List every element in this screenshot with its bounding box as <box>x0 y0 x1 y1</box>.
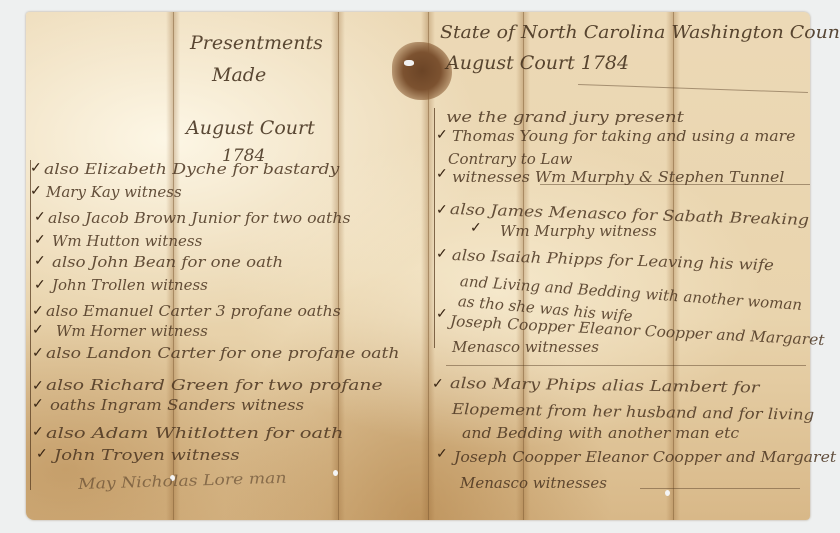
entry-line: we the grand jury present <box>446 108 684 126</box>
paper-hole <box>665 490 670 496</box>
entry-line: Thomas Young for taking and using a mare <box>452 127 796 145</box>
check-mark: ✓ <box>34 209 46 225</box>
entry-line: Joseph Coopper Eleanor Coopper and Marga… <box>454 448 836 466</box>
check-mark: ✓ <box>436 306 448 322</box>
check-mark: ✓ <box>34 253 46 269</box>
ruled-line <box>446 365 806 366</box>
check-mark: ✓ <box>470 220 482 236</box>
check-mark: ✓ <box>32 378 44 394</box>
ink-stain <box>392 42 452 100</box>
entry-line: also Elizabeth Dyche for bastardy <box>44 160 339 178</box>
entry-line: also Landon Carter for one profane oath <box>46 344 400 362</box>
entry-line: and Bedding with another man etc <box>462 424 739 442</box>
check-mark: ✓ <box>436 246 448 262</box>
entry-line: John Troyen witness <box>54 446 240 464</box>
ruled-line <box>540 184 810 185</box>
heading-presentments: Presentments <box>190 32 323 54</box>
entry-line: Mary Kay witness <box>46 183 182 201</box>
check-mark: ✓ <box>32 424 44 440</box>
entry-line: Wm Murphy witness <box>500 222 657 240</box>
check-mark: ✓ <box>32 345 44 361</box>
ruled-line <box>640 488 800 489</box>
check-mark: ✓ <box>32 396 44 412</box>
fold-crease <box>338 12 339 520</box>
entry-line: Menasco witnesses <box>460 474 607 492</box>
heading-august-court: August Court <box>186 117 315 139</box>
check-mark: ✓ <box>432 376 444 392</box>
heading-made: Made <box>212 64 266 86</box>
check-mark: ✓ <box>30 183 42 199</box>
entry-line: oaths Ingram Sanders witness <box>50 396 304 414</box>
check-mark: ✓ <box>436 127 448 143</box>
paper-hole <box>404 60 414 66</box>
check-mark: ✓ <box>436 446 448 462</box>
margin-rule <box>30 160 31 490</box>
check-mark: ✓ <box>34 232 46 248</box>
entry-line: also Richard Green for two profane <box>46 376 383 394</box>
entry-line: John Trollen witness <box>52 276 208 294</box>
margin-rule <box>434 108 435 348</box>
check-mark: ✓ <box>36 446 48 462</box>
entry-line: Wm Horner witness <box>56 322 208 340</box>
entry-line: also Adam Whitlotten for oath <box>46 424 344 442</box>
check-mark: ✓ <box>32 303 44 319</box>
check-mark: ✓ <box>436 202 448 218</box>
heading-state: State of North Carolina Washington Count… <box>440 22 840 43</box>
check-mark: ✓ <box>34 277 46 293</box>
heading-august-court-right: August Court 1784 <box>446 52 629 74</box>
entry-line: Menasco witnesses <box>452 338 599 356</box>
check-mark: ✓ <box>30 160 42 176</box>
entry-line: also Jacob Brown Junior for two oaths <box>48 209 351 227</box>
entry-line: Wm Hutton witness <box>52 232 202 250</box>
entry-line: also Emanuel Carter 3 profane oaths <box>46 302 341 320</box>
entry-line: also John Bean for one oath <box>52 253 283 271</box>
paper-hole <box>333 470 338 476</box>
entry-line: Contrary to Law <box>448 150 572 168</box>
check-mark: ✓ <box>436 166 448 182</box>
check-mark: ✓ <box>32 322 44 338</box>
